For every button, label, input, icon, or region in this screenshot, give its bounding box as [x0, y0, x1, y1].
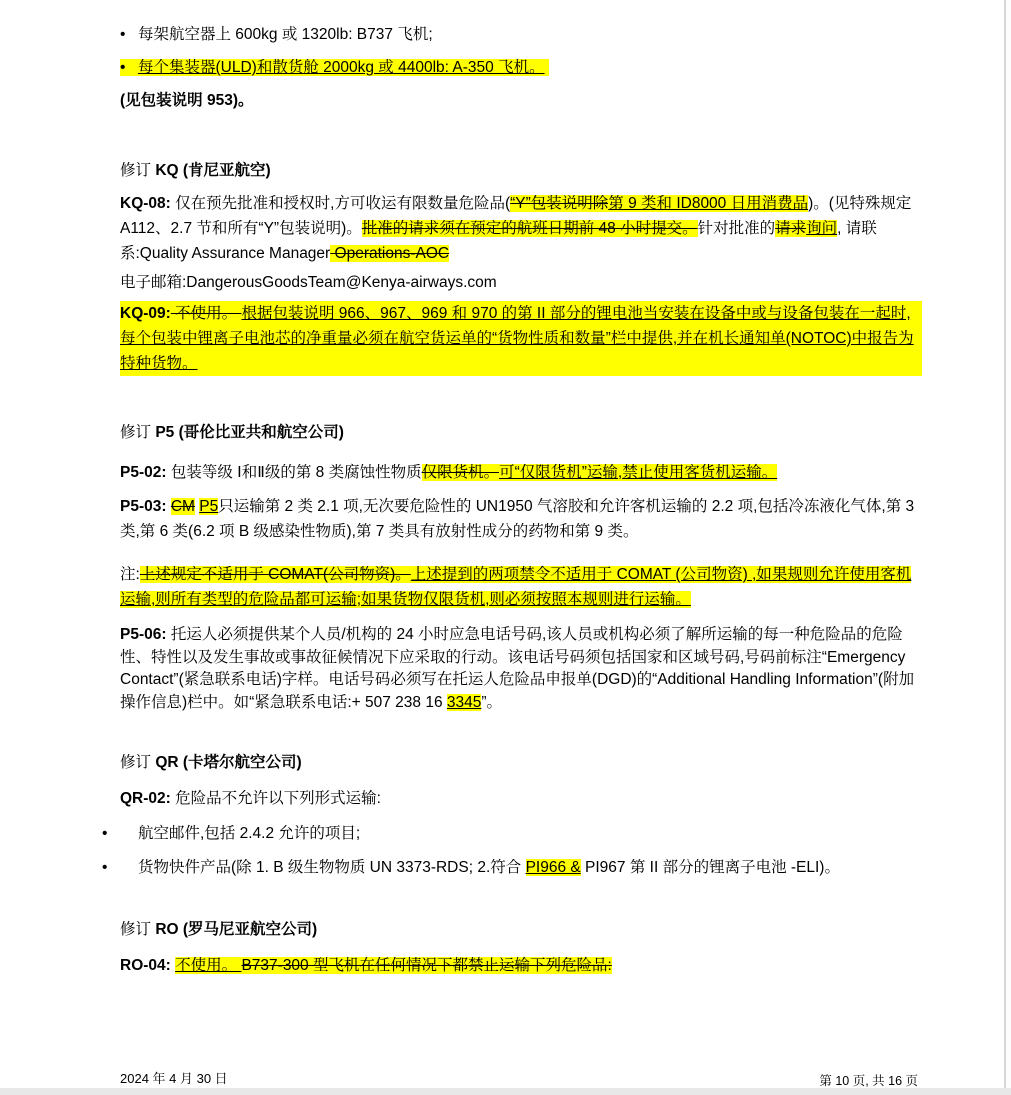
- paragraph-kq09: KQ-09: 不使用。 根据包装说明 966、967、969 和 970 的第 …: [120, 301, 922, 376]
- page-bottom-edge: [0, 1088, 1011, 1095]
- text: 只运输第 2 类 2.1 项,无次要危险性的 UN1950 气溶胶和允许客机运输…: [120, 498, 914, 540]
- heading-airline: P5 (哥伦比亚共和航空公司): [155, 424, 344, 441]
- heading-prefix: 修订: [120, 754, 155, 771]
- inserted-text: PI966 &: [526, 859, 581, 876]
- list-item: •货物快件产品(除 1. B 级生物物质 UN 3373-RDS; 2.符合 P…: [120, 855, 922, 880]
- list-item: •每个集装器(ULD)和散货舱 2000kg 或 4400lb: A-350 飞…: [120, 55, 922, 80]
- list-item-text: 货物快件产品(除 1. B 级生物物质 UN 3373-RDS; 2.符合: [138, 859, 526, 876]
- section-heading-qr: 修订 QR (卡塔尔航空公司): [120, 750, 922, 775]
- item-label: RO-04:: [120, 957, 171, 974]
- bullet-icon: •: [120, 55, 138, 80]
- paragraph-kq08: KQ-08: 仅在预先批准和授权时,方可收运有限数量危险品(“Y”包装说明除第 …: [120, 191, 922, 266]
- paragraph-p503: P5-03: CM P5只运输第 2 类 2.1 项,无次要危险性的 UN195…: [120, 494, 922, 544]
- section-heading-p5: 修订 P5 (哥伦比亚共和航空公司): [120, 420, 922, 445]
- bullet-icon: •: [120, 855, 138, 880]
- heading-prefix: 修订: [120, 921, 155, 938]
- paragraph-qr02: QR-02: 危险品不允许以下列形式运输:: [120, 786, 922, 811]
- text: 包装等级 Ⅰ和Ⅱ级的第 8 类腐蚀性物质: [167, 464, 422, 481]
- heading-airline: KQ (肯尼亚航空): [155, 162, 270, 179]
- deleted-text: 仅限货机。: [422, 464, 500, 481]
- list-item: •每架航空器上 600kg 或 1320lb: B737 飞机;: [120, 22, 922, 47]
- deleted-text: 上述规定不适用于 COMAT(公司物资)。: [140, 566, 411, 583]
- paragraph-ro04: RO-04: 不使用。 B737-300 型飞机在任何情况下都禁止运输下列危险品…: [120, 953, 922, 978]
- heading-airline: QR (卡塔尔航空公司): [155, 754, 301, 771]
- inserted-text: 可“仅限货机”运输,禁止使用客货机运输。: [499, 464, 777, 481]
- email-line: 电子邮箱:DangerousGoodsTeam@Kenya-airways.co…: [120, 270, 922, 295]
- item-label: P5-03:: [120, 498, 167, 515]
- deleted-text: Operations-AOC: [330, 245, 449, 262]
- inserted-text: 第 9 类和 ID8000 日用消费品: [608, 195, 808, 212]
- page-right-gutter: [1006, 0, 1011, 1095]
- section-heading-kq: 修订 KQ (肯尼亚航空): [120, 158, 922, 183]
- deleted-text: B737-300 型飞机在任何情况下都禁止运输下列危险品:: [241, 957, 611, 974]
- footer-date: 2024 年 4 月 30 日: [120, 1068, 228, 1087]
- deleted-text: 请求: [775, 220, 806, 237]
- inserted-text: 不使用。: [175, 957, 241, 974]
- packing-note: (见包装说明 953)。: [120, 88, 922, 113]
- item-label: QR-02:: [120, 790, 171, 807]
- item-label: P5-02:: [120, 464, 167, 481]
- deleted-text: 不使用。: [171, 305, 242, 322]
- inserted-text: 询问: [806, 220, 837, 237]
- list-item-text: 航空邮件,包括 2.4.2 允许的项目;: [138, 825, 360, 842]
- heading-airline: RO (罗马尼亚航空公司): [155, 921, 317, 938]
- item-label: 注:: [120, 566, 140, 583]
- list-item-text: 每架航空器上 600kg 或 1320lb: B737 飞机;: [138, 26, 433, 43]
- bullet-icon: •: [120, 821, 138, 846]
- bullet-icon: •: [120, 22, 138, 47]
- document-content: •每架航空器上 600kg 或 1320lb: B737 飞机; •每个集装器(…: [120, 20, 922, 978]
- paragraph-p506: P5-06: 托运人必须提供某个人员/机构的 24 小时应急电话号码,该人员或机…: [120, 624, 922, 714]
- section-heading-ro: 修订 RO (罗马尼亚航空公司): [120, 917, 922, 942]
- inserted-text: 3345: [447, 694, 481, 711]
- inserted-text: P5: [199, 498, 218, 515]
- item-label: KQ-09:: [120, 305, 171, 322]
- heading-prefix: 修订: [120, 162, 155, 179]
- footer-page-number: 第 10 页, 共 16 页: [819, 1071, 918, 1089]
- text: 针对批准的: [698, 220, 776, 237]
- heading-prefix: 修订: [120, 424, 155, 441]
- document-page: •每架航空器上 600kg 或 1320lb: B737 飞机; •每个集装器(…: [0, 0, 1004, 1088]
- text: 托运人必须提供某个人员/机构的 24 小时应急电话号码,该人员或机构必须了解所运…: [120, 626, 914, 711]
- deleted-text: 批准的请求须在预定的航班日期前 48 小时提交。: [362, 220, 698, 237]
- item-label: KQ-08:: [120, 195, 171, 212]
- text: 危险品不允许以下列形式运输:: [171, 790, 381, 807]
- paragraph-p502: P5-02: 包装等级 Ⅰ和Ⅱ级的第 8 类腐蚀性物质仅限货机。可“仅限货机”运…: [120, 460, 922, 485]
- text: 仅在预先批准和授权时,方可收运有限数量危险品(: [171, 195, 510, 212]
- deleted-text: “Y”包装说明除: [510, 195, 608, 212]
- paragraph-note: 注:上述规定不适用于 COMAT(公司物资)。上述提到的两项禁令不适用于 COM…: [120, 562, 922, 612]
- list-item: •航空邮件,包括 2.4.2 允许的项目;: [120, 821, 922, 846]
- item-label: P5-06:: [120, 626, 167, 643]
- list-item-text-inserted: 每个集装器(ULD)和散货舱 2000kg 或 4400lb: A-350 飞机…: [138, 59, 545, 76]
- text: ”。: [481, 694, 502, 711]
- deleted-text: CM: [171, 498, 195, 515]
- list-item-text: PI967 第 II 部分的锂离子电池 -ELI)。: [581, 859, 840, 876]
